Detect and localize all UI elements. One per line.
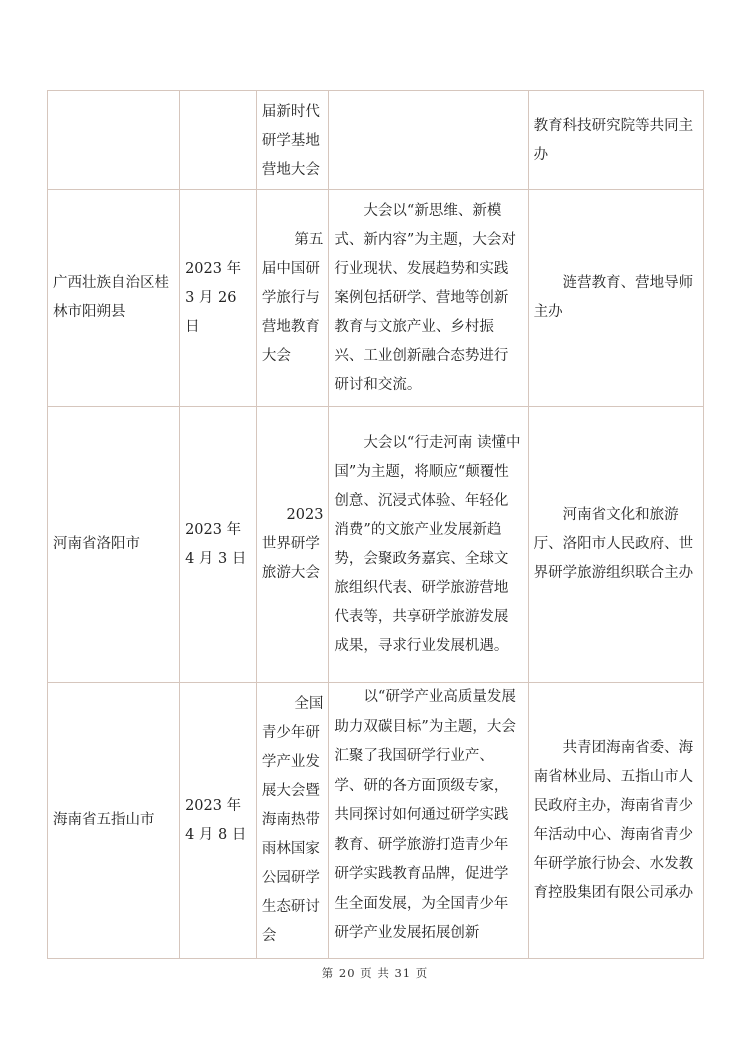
event-line: 2023: [262, 501, 324, 530]
event-line: 营地教育: [262, 313, 324, 342]
description-cell: 以“研学产业高质量发展助力双碳目标”为主题，大会汇聚了我国研学行业产、学、研的各…: [329, 683, 528, 959]
event-line: 届新时代: [262, 98, 324, 127]
event-line: 世界研学: [262, 530, 324, 559]
conference-table: 届新时代 研学基地 营地大会 教育科技研究院等共同主办 广西壮族自治区桂林市阳朔…: [47, 90, 704, 959]
event-line: 大会: [262, 342, 324, 371]
organizer-cell: 教育科技研究院等共同主办: [528, 91, 703, 190]
event-line: 届中国研: [262, 255, 324, 284]
event-cell: 2023 世界研学 旅游大会: [256, 407, 329, 683]
date-cell: 2023 年 4 月 8 日: [180, 683, 257, 959]
event-line: 展大会暨: [262, 777, 324, 806]
description-cell: [329, 91, 528, 190]
event-line: 学旅行与: [262, 284, 324, 313]
location-cell: 广西壮族自治区桂林市阳朔县: [48, 190, 180, 407]
event-line: 海南热带: [262, 806, 324, 835]
event-line: 公园研学: [262, 864, 324, 893]
event-cell: 全国 青少年研 学产业发 展大会暨 海南热带 雨林国家 公园研学 生态研讨 会: [256, 683, 329, 959]
event-line: 学产业发: [262, 748, 324, 777]
event-cell: 届新时代 研学基地 营地大会: [256, 91, 329, 190]
date-cell: [180, 91, 257, 190]
event-line: 旅游大会: [262, 559, 324, 588]
location-cell: [48, 91, 180, 190]
location-cell: 河南省洛阳市: [48, 407, 180, 683]
organizer-cell: 河南省文化和旅游厅、洛阳市人民政府、世界研学旅游组织联合主办: [528, 407, 703, 683]
organizer-cell: 共青团海南省委、海南省林业局、五指山市人民政府主办，海南省青少年活动中心、海南省…: [528, 683, 703, 959]
event-line: 雨林国家: [262, 835, 324, 864]
event-line: 第五: [262, 226, 324, 255]
date-cell: 2023 年 4 月 3 日: [180, 407, 257, 683]
document-page: 届新时代 研学基地 营地大会 教育科技研究院等共同主办 广西壮族自治区桂林市阳朔…: [0, 0, 750, 1061]
page-number: 第 20 页 共 31 页: [0, 965, 750, 981]
event-line: 生态研讨: [262, 893, 324, 922]
organizer-cell: 涟营教育、营地导师主办: [528, 190, 703, 407]
location-cell: 海南省五指山市: [48, 683, 180, 959]
table-row: 广西壮族自治区桂林市阳朔县 2023 年 3 月 26 日 第五 届中国研 学旅…: [48, 190, 704, 407]
table-row: 届新时代 研学基地 营地大会 教育科技研究院等共同主办: [48, 91, 704, 190]
event-line: 会: [262, 922, 324, 951]
description-cell: 大会以“新思维、新模式、新内容”为主题，大会对行业现状、发展趋势和实践案例包括研…: [329, 190, 528, 407]
table-row: 海南省五指山市 2023 年 4 月 8 日 全国 青少年研 学产业发 展大会暨…: [48, 683, 704, 959]
description-cell: 大会以“行走河南 读懂中国”为主题，将顺应“颠覆性创意、沉浸式体验、年轻化消费”…: [329, 407, 528, 683]
event-line: 全国: [262, 690, 324, 719]
event-line: 研学基地: [262, 127, 324, 156]
event-cell: 第五 届中国研 学旅行与 营地教育 大会: [256, 190, 329, 407]
event-line: 营地大会: [262, 156, 324, 185]
event-line: 青少年研: [262, 719, 324, 748]
date-cell: 2023 年 3 月 26 日: [180, 190, 257, 407]
table-row: 河南省洛阳市 2023 年 4 月 3 日 2023 世界研学 旅游大会 大会以…: [48, 407, 704, 683]
